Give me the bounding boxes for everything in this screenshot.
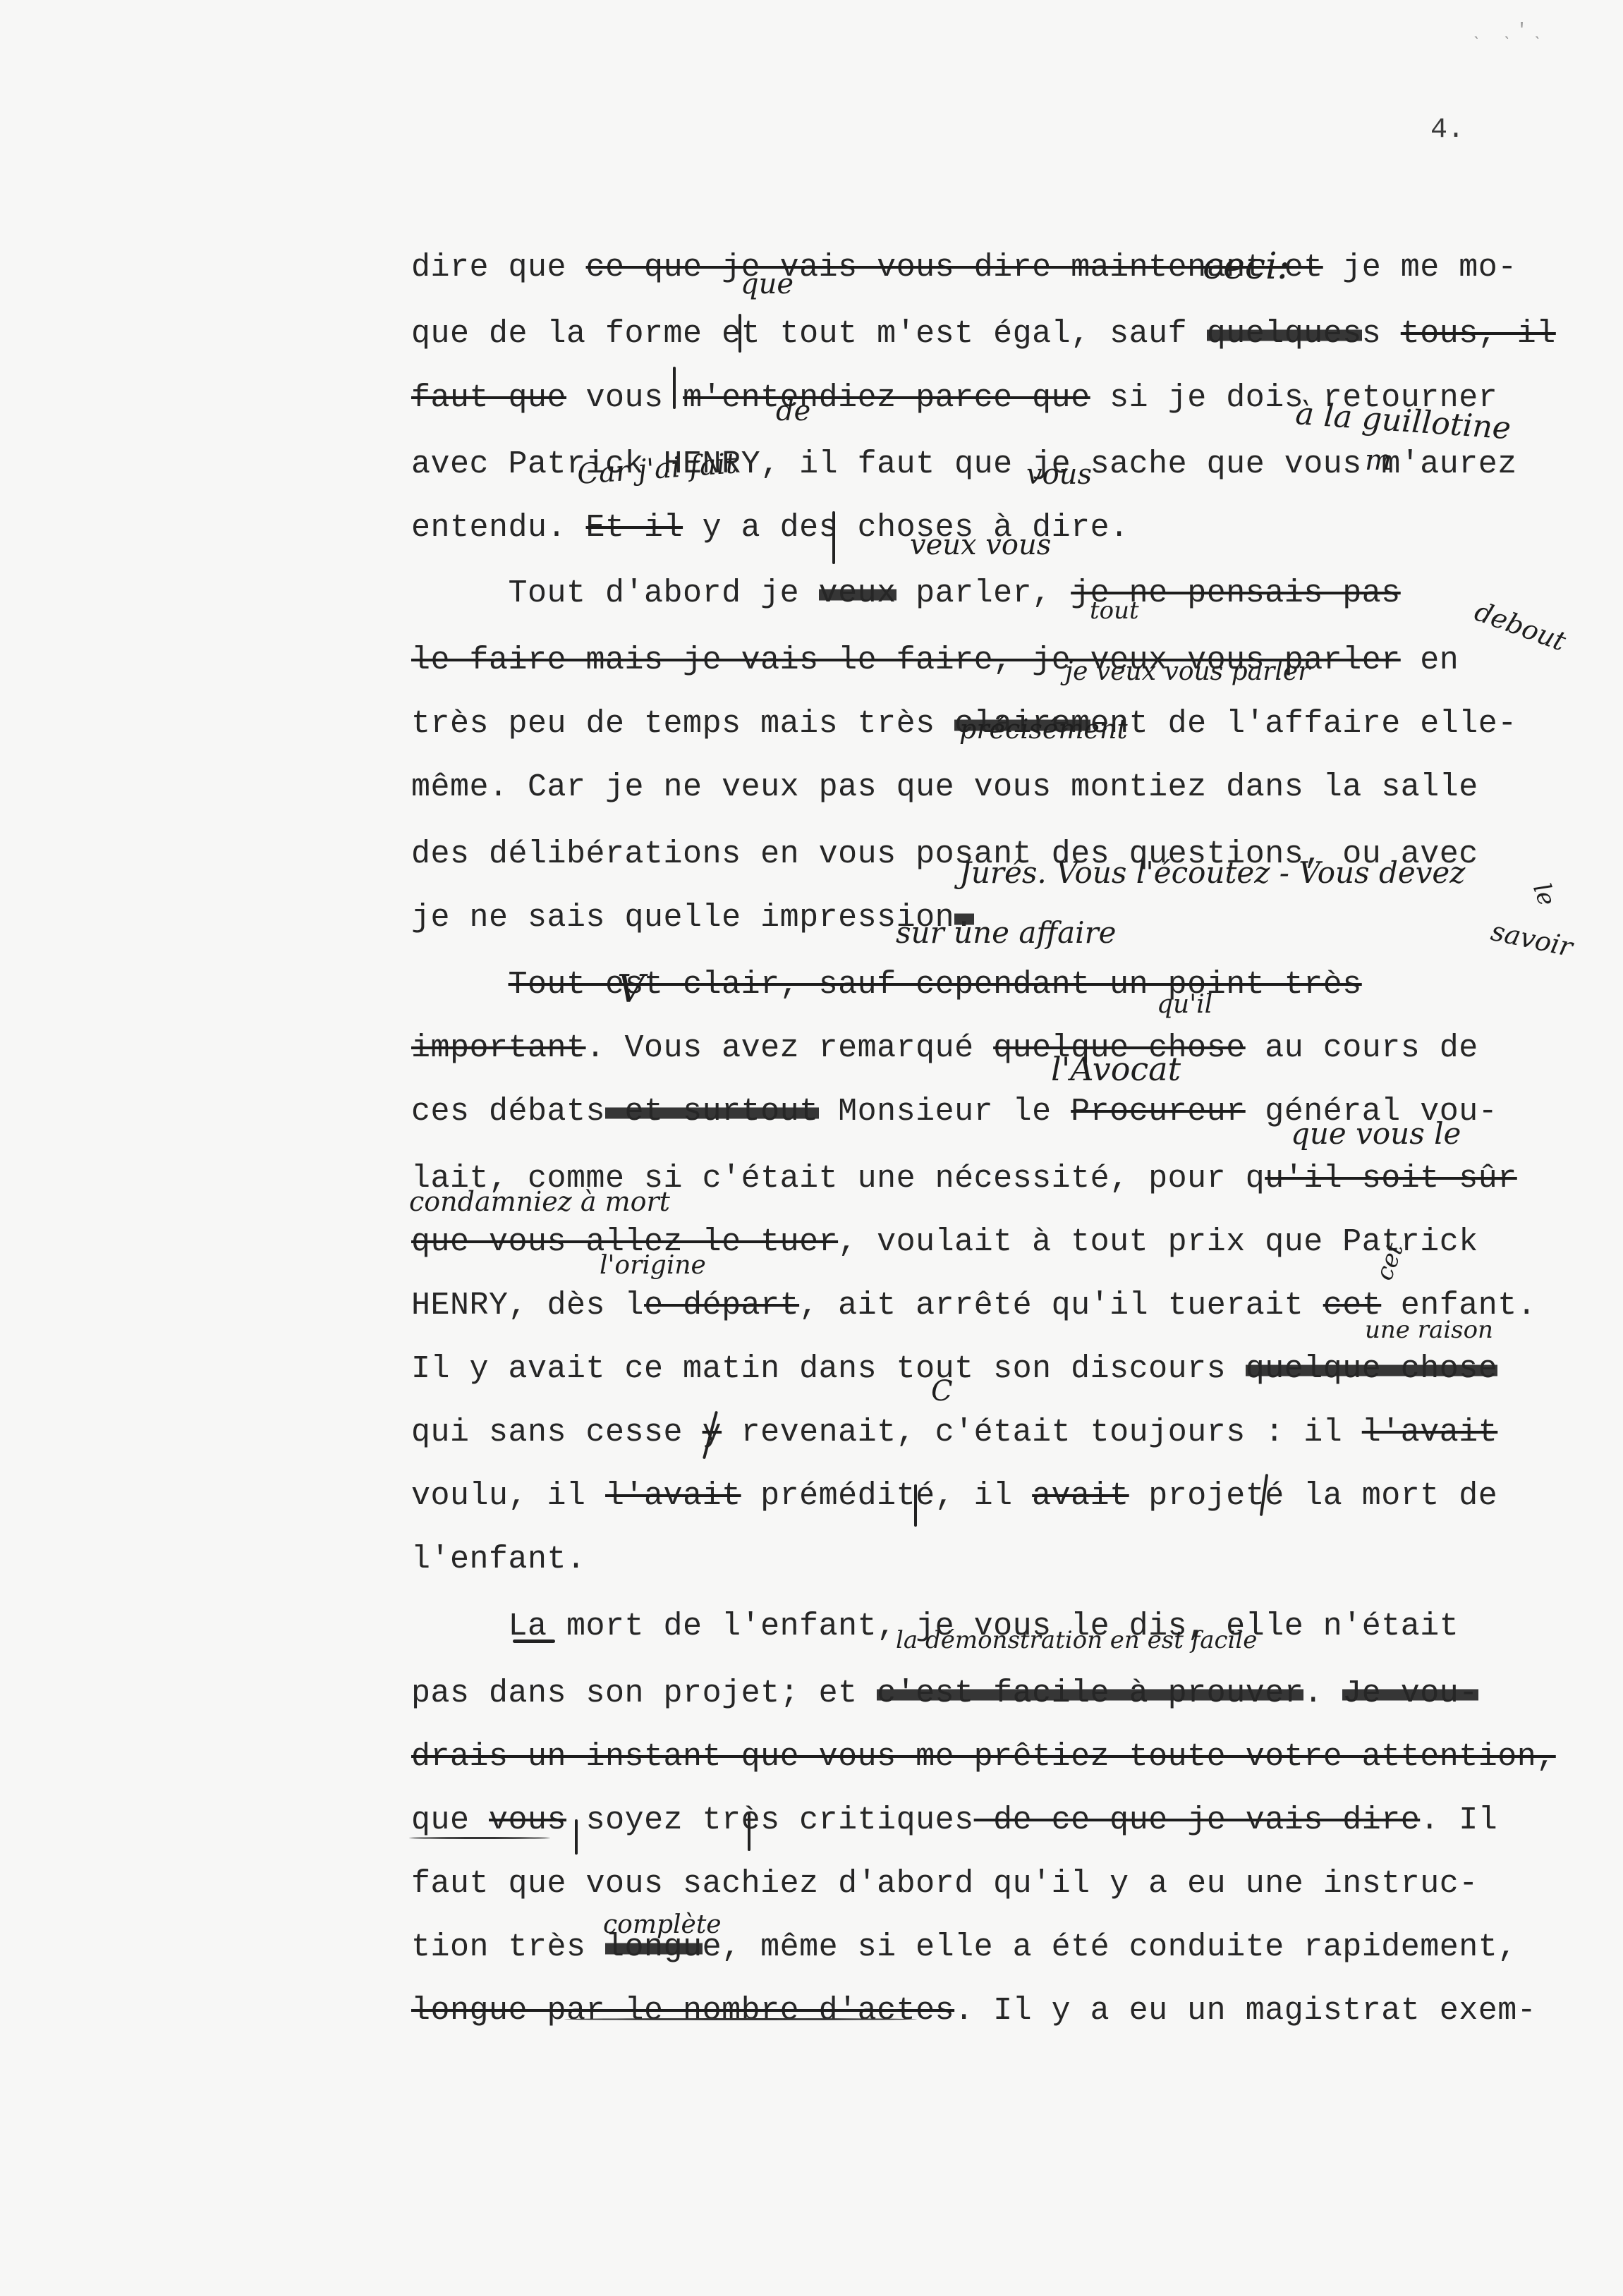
handwritten-annotation: je veux vous parler <box>1065 657 1310 686</box>
handwritten-annotation: savoir <box>1488 915 1575 963</box>
handwritten-annotation: m <box>1365 444 1392 477</box>
handwritten-annotation: précisément <box>959 714 1128 745</box>
struck-text: Procureur <box>1071 1094 1246 1130</box>
scribbled-out-text: veux <box>819 575 896 611</box>
scribbled-out-text: c'est facile à prouver <box>877 1675 1303 1711</box>
typed-text: l'enfant. <box>411 1541 586 1577</box>
typed-text: . Il <box>1420 1802 1497 1838</box>
struck-text: important <box>411 1030 586 1066</box>
typed-text: soyez très critiques <box>566 1802 974 1838</box>
typed-text: HENRY, dès l <box>411 1288 644 1324</box>
typed-line: Tout d'abord je veux parler, je ne pensa… <box>411 573 1401 615</box>
typed-text: . Vous avez remarqué <box>586 1030 994 1066</box>
handwritten-annotation: sur une affaire <box>896 915 1117 950</box>
handwritten-annotation: ceci: <box>1203 245 1289 288</box>
handwritten-annotation: tout <box>1090 597 1139 625</box>
typed-line: voulu, il l'avait prémédité, il avait pr… <box>411 1475 1497 1518</box>
typed-text: je me mo- <box>1323 250 1517 286</box>
insertion-caret-mark <box>914 1484 917 1527</box>
scribbled-out-text: Je vou- <box>1342 1675 1478 1711</box>
struck-text: e départ <box>644 1288 799 1324</box>
typed-text: vous <box>566 380 683 416</box>
handwritten-annotation: qu'il <box>1157 990 1212 1019</box>
typed-line: faut que vous sachiez d'abord qu'il y a … <box>411 1863 1478 1905</box>
typed-line: important. Vous avez remarqué quelque ch… <box>411 1027 1478 1070</box>
struck-text: drais un instant que vous me prêtiez tou… <box>411 1739 1556 1775</box>
typed-text: voulu, il <box>411 1478 605 1514</box>
handwritten-annotation: Jurés. Vous l'écoutez - Vous devez <box>959 855 1465 890</box>
typed-text: au cours de <box>1246 1030 1478 1066</box>
typed-text: , ait arrêté qu'il tuerait <box>799 1288 1323 1324</box>
typed-text: ces débats <box>411 1094 605 1130</box>
handwritten-annotation: complète <box>603 1910 722 1939</box>
typed-line: drais un instant que vous me prêtiez tou… <box>411 1736 1556 1778</box>
struck-text: faut que <box>411 380 566 416</box>
typed-text: faut que vous sachiez d'abord qu'il y a … <box>411 1866 1478 1902</box>
typed-text: qui sans cesse <box>411 1415 703 1451</box>
typed-line: dire que ce que je vais vous dire mainte… <box>411 247 1517 289</box>
handwritten-annotation: la démonstration en est facile <box>896 1626 1257 1654</box>
typed-text: s <box>1362 316 1401 352</box>
struck-text: avait <box>1032 1478 1129 1514</box>
corner-mark: ˎ ˎ'ˎ <box>1471 20 1547 41</box>
struck-text: u'il soit sûr <box>1265 1161 1517 1197</box>
handwritten-annotation: debout <box>1471 596 1570 657</box>
handwritten-annotation: l'origine <box>600 1251 706 1280</box>
handwritten-annotation: que vous le <box>1291 1116 1461 1151</box>
insertion-caret-mark <box>832 511 835 564</box>
handwritten-annotation: condamniez à mort <box>409 1186 670 1217</box>
document-page: ˎ ˎ'ˎ 4. dire que ce que je vais vous di… <box>0 0 1623 2296</box>
typed-text: prémédité, il <box>741 1478 1033 1514</box>
typed-line: tion très longue, même si elle a été con… <box>411 1926 1517 1969</box>
handwritten-underline <box>409 1837 550 1839</box>
insertion-caret-mark <box>748 1812 750 1851</box>
typed-text: . Il y a eu un magistrat exem- <box>954 1993 1536 2029</box>
typed-text: projeté la mort de <box>1129 1478 1498 1514</box>
typed-text: dire que <box>411 250 586 286</box>
typed-line: même. Car je ne veux pas que vous montie… <box>411 767 1478 809</box>
insertion-caret-mark <box>673 367 676 409</box>
typed-text: . <box>1303 1675 1342 1711</box>
handwritten-annotation: V <box>617 967 645 1011</box>
typed-text: pas dans son projet; et <box>411 1675 877 1711</box>
struck-text: l'avait <box>605 1478 741 1514</box>
typed-text: e, même si elle a été conduite rapidemen… <box>703 1929 1517 1965</box>
struck-text: tous, il <box>1401 316 1556 352</box>
handwritten-annotation: l'Avocat <box>1051 1050 1181 1088</box>
typed-line: l'enfant. <box>411 1539 586 1581</box>
handwritten-annotation: que <box>741 268 794 300</box>
typed-text: Monsieur le <box>819 1094 1071 1130</box>
insertion-caret-mark <box>738 314 741 353</box>
handwritten-annotation: veux vous <box>910 529 1051 561</box>
typed-text: très peu de temps mais très <box>411 706 954 742</box>
typed-line: que de la forme et tout m'est égal, sauf… <box>411 313 1556 355</box>
typed-text: ent de l'affaire elle- <box>1090 706 1517 742</box>
scribbled-out-text: quelque chose <box>1246 1351 1498 1387</box>
typed-text: revenait, c'était toujours : il <box>722 1415 1362 1451</box>
typed-text: y a des choses à dire. <box>683 510 1129 546</box>
handwritten-annotation: une raison <box>1365 1316 1493 1344</box>
struck-text: longue par le nombre d'actes <box>411 1993 954 2029</box>
insertion-caret-mark <box>575 1819 578 1855</box>
typed-line: Il y avait ce matin dans tout son discou… <box>411 1348 1497 1391</box>
typed-text: parler, <box>896 575 1071 611</box>
typed-line: longue par le nombre d'actes. Il y a eu … <box>411 1990 1536 2032</box>
typed-text: même. Car je ne veux pas que vous montie… <box>411 769 1478 805</box>
typed-text: en <box>1401 642 1459 678</box>
struck-text: Et il <box>586 510 683 546</box>
typed-line: pas dans son projet; et c'est facile à p… <box>411 1673 1478 1715</box>
typed-line: que vous allez le tuer, voulait à tout p… <box>411 1221 1478 1264</box>
typed-text: Tout d'abord je <box>411 575 819 611</box>
typed-text: entendu. <box>411 510 586 546</box>
struck-text: vous <box>489 1802 566 1838</box>
typed-line: qui sans cesse y revenait, c'était toujo… <box>411 1412 1497 1454</box>
scribbled-out-text: et surtout <box>605 1094 819 1130</box>
typed-text: Il y avait ce matin dans tout son discou… <box>411 1351 1246 1387</box>
handwritten-underline <box>564 2018 917 2020</box>
struck-text: m'entendiez parce que <box>683 380 1090 416</box>
page-number: 4. <box>1430 114 1464 146</box>
typed-line: je ne sais quelle impression. <box>411 897 974 939</box>
typed-text: que <box>411 1802 489 1838</box>
typed-text: je ne sais quelle impression <box>411 900 954 936</box>
paragraph-dash-mark <box>513 1639 555 1643</box>
typed-line: Tout est clair, sauf cependant un point … <box>411 964 1362 1006</box>
handwritten-annotation: C <box>931 1375 953 1407</box>
handwritten-annotation: vous <box>1026 458 1092 491</box>
typed-text: tion très <box>411 1929 605 1965</box>
struck-text: de ce que je vais dire <box>974 1802 1421 1838</box>
scribbled-out-text: quelques <box>1207 316 1362 352</box>
struck-text: l'avait <box>1362 1415 1498 1451</box>
handwritten-annotation: de <box>776 395 810 427</box>
typed-text: que de la forme et tout m'est égal, sauf <box>411 316 1207 352</box>
handwritten-annotation: le <box>1527 879 1561 910</box>
typed-text <box>411 967 509 1003</box>
